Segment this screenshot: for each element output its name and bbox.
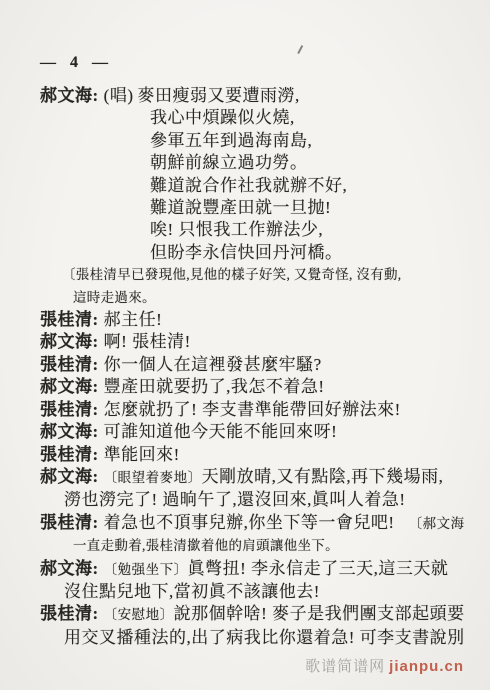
script-line: 我心中煩躁似火燒, <box>150 107 466 129</box>
song-text: 唉! 只恨我工作辦法少, <box>150 220 323 239</box>
script-line: 郝文海:豐產田就要扔了,我怎不着急! <box>40 376 466 398</box>
speaker-name: 郝文海: <box>40 332 99 351</box>
sing-tag: (唱) <box>104 86 134 105</box>
script-line: 參軍五年到過海南島, <box>150 130 466 152</box>
script-line: 朝鮮前線立過功勞。 <box>150 152 466 174</box>
speaker-name: 郝文海: <box>40 467 99 486</box>
scanned-script-page: — 4 — 郝文海:(唱)麥田瘦弱又要遭雨澇, 我心中煩躁似火燒, 參軍五年到過… <box>0 0 490 690</box>
speaker-name: 郝文海: <box>40 422 99 441</box>
dialogue-text: 澇也澇完了! 過晌午了,還沒回來,眞叫人着急! <box>64 490 406 509</box>
script-line: 郝文海:啊! 張桂清! <box>40 331 466 353</box>
inline-stage-direction: 〔安慰地〕 <box>104 607 174 622</box>
script-line: 澇也澇完了! 過晌午了,還沒回來,眞叫人着急! <box>64 489 466 511</box>
song-text: 難道說合作社我就辦不好, <box>150 176 347 195</box>
dialogue-text: 着急也不頂事兒辦,你坐下等一會兒吧! <box>104 513 395 532</box>
page-number: — 4 — <box>40 54 466 72</box>
song-text: 但盼李永信快回丹河橋。 <box>150 243 343 262</box>
speaker-name: 郝文海: <box>40 86 99 105</box>
stage-text: 這時走過來。 <box>73 290 156 305</box>
script-line: 張桂清:〔安慰地〕說那個幹啥! 麥子是我們團支部起頭要 <box>40 603 466 626</box>
script-line: 郝文海:可誰知道他今天能不能回來呀! <box>40 421 466 443</box>
script-line: 張桂清:你一個人在這裡發甚麼牢騷? <box>40 354 466 376</box>
dialogue-text: 準能回來! <box>104 445 180 464</box>
dialogue-text: 天剛放晴,又有點陰,再下幾場雨, <box>202 467 444 486</box>
dialogue-text: 眞彆扭! 李永信走了三天,這三天就 <box>188 559 449 578</box>
inline-stage-direction: 〔勉强坐下〕 <box>104 562 188 577</box>
stage-direction: 〔張桂清早已發現他,見他的樣子好笑, 又覺奇怪, 沒有動, <box>62 264 466 286</box>
stage-direction: 一直走動着,張桂清撳着他的肩頭讓他坐下。 <box>73 535 466 557</box>
dialogue-text: 豐產田就要扔了,我怎不着急! <box>104 377 325 396</box>
dialogue-text: 沒住點兒地下,當初眞不該讓他去! <box>64 582 320 601</box>
stage-text: 〔張桂清早已發現他,見他的樣子好笑, 又覺奇怪, 沒有動, <box>62 267 401 282</box>
speaker-name: 張桂清: <box>40 310 99 329</box>
script-line: 但盼李永信快回丹河橋。 <box>150 242 466 264</box>
script-line: 難道說合作社我就辦不好, <box>150 175 466 197</box>
song-text: 我心中煩躁似火燒, <box>150 108 295 127</box>
dialogue-text: 說那個幹啥! 麥子是我們團支部起頭要 <box>174 604 465 623</box>
script-line: 沒住點兒地下,當初眞不該讓他去! <box>64 581 466 603</box>
dialogue-text: 啊! 張桂清! <box>104 332 191 351</box>
script-line: 張桂清:怎麼就扔了! 李支書準能帶回好辦法來! <box>40 399 466 421</box>
dialogue-text: 用交叉播種法的,出了病我比你還着急! 可李支書說別 <box>64 628 465 647</box>
watermark: 歌谱简谱网jianpu.cn <box>305 655 464 676</box>
script-line: 張桂清:着急也不頂事兒辦,你坐下等一會兒吧!〔郝文海 <box>40 512 466 535</box>
dialogue-text: 郝主任! <box>104 310 163 329</box>
script-line: 用交叉播種法的,出了病我比你還着急! 可李支書說別 <box>64 627 466 649</box>
song-text: 難道說豐產田就一旦抛! <box>150 198 331 217</box>
script-line: 郝文海:〔眼望着麥地〕天剛放晴,又有點陰,再下幾場雨, <box>40 466 466 489</box>
dialogue-text: 你一個人在這裡發甚麼牢騷? <box>104 355 322 374</box>
speaker-name: 張桂清: <box>40 445 99 464</box>
speaker-name: 張桂清: <box>40 513 99 532</box>
stage-text: 一直走動着,張桂清撳着他的肩頭讓他坐下。 <box>73 538 339 553</box>
dialogue-text: 可誰知道他今天能不能回來呀! <box>104 422 338 441</box>
speaker-name: 張桂清: <box>40 400 99 419</box>
speaker-name: 郝文海: <box>40 559 99 578</box>
inline-stage-direction: 〔眼望着麥地〕 <box>104 470 202 485</box>
script-line: 唉! 只恨我工作辦法少, <box>150 219 466 241</box>
dialogue-text: 怎麼就扔了! 李支書準能帶回好辦法來! <box>104 400 401 419</box>
script-line: 張桂清:準能回來! <box>40 444 466 466</box>
watermark-site-name: 歌谱简谱网 <box>305 659 385 675</box>
stage-direction: 這時走過來。 <box>73 287 466 309</box>
script-line: 難道說豐產田就一旦抛! <box>150 197 466 219</box>
speaker-name: 張桂清: <box>40 355 99 374</box>
script-line: 郝文海:(唱)麥田瘦弱又要遭雨澇, <box>40 85 466 107</box>
watermark-site-url: jianpu.cn <box>389 658 464 675</box>
script-line: 郝文海:〔勉强坐下〕眞彆扭! 李永信走了三天,這三天就 <box>40 558 466 581</box>
song-text: 參軍五年到過海南島, <box>150 131 312 150</box>
speaker-name: 張桂清: <box>40 604 99 623</box>
song-text: 麥田瘦弱又要遭雨澇, <box>138 86 300 105</box>
speaker-name: 郝文海: <box>40 377 99 396</box>
song-text: 朝鮮前線立過功勞。 <box>150 153 308 172</box>
inline-stage-direction: 〔郝文海 <box>409 516 465 531</box>
script-line: 張桂清:郝主任! <box>40 309 466 331</box>
